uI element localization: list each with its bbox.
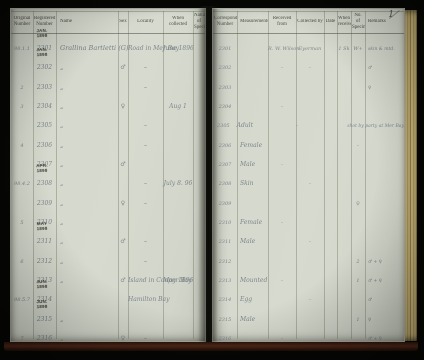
- cell-measurements: [237, 246, 268, 250]
- header-when-received: When received: [337, 16, 351, 28]
- specimen-name: „: [60, 237, 63, 245]
- cell-date: [324, 33, 337, 37]
- cell-when-received: [337, 52, 351, 56]
- ledger-page-left: Original Number Registered Number Name S…: [10, 8, 206, 342]
- cell-measurements: [237, 52, 268, 56]
- cell-received-from: [268, 188, 296, 192]
- specimen-name: „: [60, 276, 63, 284]
- cell-name: [56, 284, 118, 288]
- ledger-row: 2315 Male 1 ♀: [213, 304, 404, 323]
- cell-date: [309, 110, 320, 114]
- cell-date: [324, 265, 337, 269]
- cell-received-from: [268, 168, 296, 172]
- book-cover-edge: [4, 342, 418, 351]
- cell-sex: [118, 33, 128, 37]
- original-number: 5: [20, 220, 23, 226]
- original-number: 3: [20, 104, 23, 110]
- cell-when-received: [337, 188, 351, 192]
- ledger-row: 2313 Mounted – 1 ♂ + ♀: [213, 265, 404, 284]
- collected-by: –: [309, 297, 312, 303]
- cell-date: [324, 149, 337, 153]
- cell-received-from: [268, 226, 296, 230]
- specimen-name: „: [60, 179, 63, 187]
- received-from: R. W. Wilson: [268, 46, 299, 52]
- cell-sex: [118, 246, 128, 250]
- remarks: ♂ + ♀: [368, 260, 382, 265]
- cell-when-collected: [163, 284, 193, 288]
- cell-date: [324, 226, 337, 230]
- registered-number: 2303: [37, 84, 52, 91]
- original-number: 6: [20, 259, 23, 265]
- collected-by: –: [309, 239, 312, 245]
- cell-original-number: [11, 304, 33, 308]
- measurements: Mounted: [240, 277, 267, 284]
- cell-when-received: [337, 323, 351, 327]
- cell-when-collected: [163, 226, 193, 230]
- header-no-of-specimens: No. of Specimens: [351, 13, 365, 30]
- cell-no-of-specimens: [351, 323, 365, 327]
- cell-measurements: [237, 91, 268, 95]
- registered-number: 2305: [37, 122, 52, 129]
- cell-remarks: [365, 168, 404, 172]
- corresponding-number: 2307: [219, 162, 232, 168]
- specimen-name: „: [60, 315, 63, 323]
- cell-when-collected: [163, 207, 193, 211]
- cell-when-collected: [163, 110, 193, 114]
- sex-mark: ♂: [120, 161, 125, 168]
- ledger-row: JUN. 1898 2315 „: [11, 304, 205, 323]
- specimen-name: „: [60, 63, 63, 71]
- cell-sex: [118, 304, 128, 308]
- specimen-name: „: [60, 257, 63, 265]
- cell-when-received: [337, 207, 351, 211]
- when-collected: July 8. 96: [164, 180, 193, 187]
- no-of-specimens: –: [357, 143, 360, 149]
- locality: –: [144, 238, 147, 245]
- received-from: –: [281, 278, 284, 284]
- cell-when-collected: [163, 246, 193, 250]
- cell-sex: [118, 168, 128, 172]
- cell-received-from: [268, 304, 296, 308]
- ledger-row: 2303 ♀: [213, 72, 404, 91]
- remarks: ♂: [368, 298, 372, 303]
- cell-received-from: [261, 110, 285, 114]
- cell-remarks: [365, 226, 404, 230]
- cell-date: [324, 304, 337, 308]
- original-number: 98.1.1: [14, 46, 30, 52]
- specimen-name: „: [60, 83, 63, 91]
- specimen-name: „: [60, 102, 63, 110]
- ledger-scan: Original Number Registered Number Name S…: [0, 0, 424, 360]
- ledger-row: 2304 –: [213, 91, 404, 110]
- date-stamp: APR. 1898: [34, 164, 50, 174]
- remarks: ♂ + ♀: [368, 279, 382, 284]
- registered-number: 2309: [37, 200, 52, 207]
- sex-mark: ♂: [120, 238, 125, 245]
- date-stamp: JAN. 1898: [34, 48, 50, 58]
- ledger-row: 6 2312 „ –: [11, 246, 205, 265]
- received-from: –: [281, 65, 284, 71]
- corresponding-number: 2311: [219, 239, 232, 245]
- cell-when-collected: [163, 323, 193, 327]
- cell-sex: [118, 110, 128, 114]
- no-of-specimens: W+: [353, 46, 362, 52]
- cell-sex: [118, 130, 128, 134]
- header-original-number: Original Number: [11, 16, 33, 28]
- corresponding-number: 2314: [219, 297, 232, 303]
- cell-date: [324, 284, 337, 288]
- measurements: Egg: [240, 296, 252, 303]
- cell-sex: [118, 72, 128, 76]
- page-stack-edge: [405, 10, 417, 341]
- collected-by: –: [296, 123, 299, 129]
- registered-number: 2304: [37, 103, 52, 110]
- ledger-row: 2312 2 ♂ + ♀: [213, 246, 404, 265]
- book-gutter-shadow: [198, 6, 218, 344]
- cell-when-collected: [163, 188, 193, 192]
- registered-number: 2311: [37, 238, 52, 245]
- original-number: 98.5.7: [14, 297, 30, 303]
- corresponding-number: 2305: [217, 123, 230, 129]
- cell-date: [324, 246, 337, 250]
- header-sex: Sex: [118, 19, 128, 25]
- cell-no-of-specimens: [332, 110, 344, 114]
- corresponding-number: 2315: [219, 317, 232, 323]
- ledger-row: 2307 Male –: [213, 149, 404, 168]
- cell-when-received: [337, 72, 351, 76]
- specimen-name: Grallina Bartletti (G): [60, 44, 128, 52]
- header-collected-by: Collected by: [296, 19, 324, 25]
- cell-no-of-specimens: [351, 91, 365, 95]
- ledger-row: JAN. 1898 2302 „ ♂ –: [11, 52, 205, 71]
- cell-received-from: [268, 130, 296, 134]
- cell-collected-by: [296, 265, 324, 269]
- cell-remarks: [365, 91, 404, 95]
- ledger-row: 2309 ♀: [213, 188, 404, 207]
- cell-when-collected: [163, 304, 193, 308]
- cell-remarks: [365, 130, 404, 134]
- no-of-specimens: 2: [356, 259, 359, 265]
- cell-date: [324, 323, 337, 327]
- cell-date: [324, 168, 337, 172]
- locality: –: [144, 84, 147, 91]
- sex-mark: ♀: [121, 103, 125, 110]
- cell-original-number: [11, 149, 33, 153]
- measurements: Male: [240, 316, 255, 323]
- ledger-row: 3 2304 „ ♀ Aug 1: [11, 91, 205, 110]
- cell-no-of-specimens: [351, 149, 365, 153]
- cell-collected-by: [296, 207, 324, 211]
- cell-original-number: [11, 52, 33, 56]
- cell-date: [324, 72, 337, 76]
- ledger-row: 2310 Female –: [213, 207, 404, 226]
- cell-when-received: [337, 246, 351, 250]
- cell-measurements: [237, 323, 268, 327]
- ledger-row: 2306 Female –: [213, 130, 404, 149]
- cell-date: [324, 91, 337, 95]
- cell-when-received: [337, 265, 351, 269]
- locality: –: [144, 142, 147, 149]
- date-stamp: JAN. 1898: [34, 29, 50, 39]
- ledger-row: 2308 Skin –: [213, 168, 404, 187]
- cell-when-received: [337, 91, 351, 95]
- cell-locality: [128, 149, 163, 153]
- locality: –: [144, 122, 147, 129]
- cell-no-of-specimens: [351, 284, 365, 288]
- registered-number: 2308: [37, 180, 52, 187]
- date-stamp: JUN. 1898: [34, 280, 50, 290]
- registered-number: 2315: [37, 316, 52, 323]
- cell-locality: [128, 91, 163, 95]
- no-of-specimens: 1: [356, 278, 359, 284]
- original-number: 4: [20, 143, 23, 149]
- ledger-row: 7 2316 „ ♀ –: [11, 323, 205, 342]
- cell-collected-by: [296, 91, 324, 95]
- header-registered-number: Registered Number: [33, 16, 56, 28]
- measurements: Skin: [240, 180, 254, 187]
- corresponding-number: 2306: [219, 143, 232, 149]
- corresponding-number: 2302: [219, 65, 232, 71]
- cell-when-received: [320, 110, 332, 114]
- corresponding-number: 2308: [219, 181, 232, 187]
- ledger-row: 2301 R. W. Wilson Eyerman 1 Sk W+ skin &…: [213, 33, 404, 52]
- measurements: Female: [240, 142, 262, 149]
- cell-when-collected: [163, 149, 193, 153]
- ledger-page-right: 1 Corresponding Number Measurements Rece…: [212, 8, 405, 342]
- cell-when-collected: [163, 72, 193, 76]
- locality: –: [144, 200, 147, 207]
- registered-number: 2302: [37, 64, 52, 71]
- header-measurements: Measurements: [237, 19, 268, 25]
- ledger-row: 98.4.2 APR. 1898 2308 „ – July 8. 96: [11, 168, 205, 187]
- remarks: ♀: [368, 86, 371, 91]
- remarks: ♂: [368, 66, 372, 71]
- cell-no-of-specimens: [351, 52, 365, 56]
- ledger-row: 2 2303 „ –: [11, 72, 205, 91]
- corresponding-number: 2301: [219, 46, 232, 52]
- column-headers-right: Corresponding Number Measurements Receiv…: [213, 11, 404, 34]
- cell-remarks: [365, 207, 404, 211]
- rows-right: 2301 R. W. Wilson Eyerman 1 Sk W+ skin &…: [213, 33, 404, 341]
- cell-original-number: [11, 226, 33, 230]
- collected-by: –: [309, 65, 312, 71]
- header-date: Date: [324, 19, 337, 25]
- ledger-row: 2302 – – ♂: [213, 52, 404, 71]
- measurements: Adult: [237, 122, 253, 129]
- cell-received-from: [268, 246, 296, 250]
- ledger-row: 2311 Male –: [213, 226, 404, 245]
- cell-date: [324, 52, 337, 56]
- collected-by: Eyerman: [299, 46, 322, 52]
- cell-collected-by: [296, 246, 324, 250]
- registered-number: 2306: [37, 142, 52, 149]
- cell-collected-by: [296, 130, 324, 134]
- when-received: 1 Sk: [338, 46, 349, 52]
- header-when-collected: When collected: [163, 16, 193, 28]
- ledger-row: 2316 – ♂ + ♀: [213, 323, 404, 342]
- rows-left: 98.1.1 JAN. 1898 2301 Grallina Bartletti…: [11, 33, 205, 341]
- header-locality: Locality: [128, 19, 163, 25]
- cell-when-collected: [163, 52, 193, 56]
- cell-locality: [128, 207, 163, 211]
- cell-remarks: [365, 188, 404, 192]
- corresponding-number: 2313: [219, 278, 232, 284]
- original-number: 2: [20, 85, 23, 91]
- locality: –: [144, 258, 147, 265]
- cell-original-number: [11, 265, 33, 269]
- cell-remarks: [365, 149, 404, 153]
- cell-when-received: [337, 168, 351, 172]
- sex-mark: ♂: [120, 64, 125, 71]
- cell-when-received: [337, 284, 351, 288]
- cell-collected-by: [296, 304, 324, 308]
- registered-number: 2312: [37, 258, 52, 265]
- cell-date: [324, 207, 337, 211]
- sex-mark: ♂: [120, 277, 125, 284]
- corresponding-number: 2312: [219, 259, 232, 265]
- cell-collected-by: [296, 188, 324, 192]
- corresponding-number: 2303: [219, 85, 232, 91]
- specimen-name: „: [60, 199, 63, 207]
- cell-collected-by: [296, 72, 324, 76]
- ledger-row: 2305 Adult – shot by party at Mer Bay: [213, 110, 404, 129]
- cell-when-received: [337, 304, 351, 308]
- corresponding-number: 2310: [219, 220, 232, 226]
- remarks: ♀: [368, 318, 371, 323]
- measurements: Female: [240, 219, 262, 226]
- locality: –: [144, 180, 147, 187]
- no-of-specimens: ♀: [356, 201, 360, 207]
- remarks: skin & mtd.: [368, 47, 395, 52]
- ledger-row: 4 2306 „ –: [11, 130, 205, 149]
- cell-original-number: [11, 110, 33, 114]
- when-collected: Aug 1: [169, 103, 187, 110]
- no-of-specimens: 1: [356, 317, 359, 323]
- corresponding-number: 2304: [219, 104, 232, 110]
- cell-when-received: [337, 149, 351, 153]
- when-collected: June 1896: [163, 45, 194, 52]
- cell-received-from: [268, 72, 296, 76]
- received-from: –: [281, 104, 284, 110]
- ledger-row: MAY 1898 2311 „ ♂ –: [11, 226, 205, 245]
- cell-measurements: [237, 188, 268, 192]
- sex-mark: ♀: [121, 200, 125, 207]
- cell-original-number: [11, 188, 33, 192]
- measurements: Male: [240, 161, 255, 168]
- measurements: Male: [240, 238, 255, 245]
- specimen-name: „: [60, 334, 63, 342]
- locality: –: [144, 64, 147, 71]
- specimen-name: „: [60, 141, 63, 149]
- cell-collected-by: [296, 323, 324, 327]
- cell-collected-by: [296, 149, 324, 153]
- header-received-from: Received from: [268, 16, 296, 28]
- corresponding-number: 2309: [219, 201, 232, 207]
- specimen-name: „: [60, 218, 63, 226]
- cell-when-received: [337, 226, 351, 230]
- remarks: shot by party at Mer Bay: [347, 124, 404, 129]
- cell-sex: [118, 284, 128, 288]
- cell-received-from: [268, 284, 296, 288]
- header-name: Name: [56, 19, 118, 25]
- cell-when-collected: [163, 130, 193, 134]
- ledger-row: 2305 „ –: [11, 110, 205, 129]
- date-stamp: MAY 1898: [34, 222, 50, 232]
- ledger-row: 2309 „ ♀ –: [11, 188, 205, 207]
- received-from: –: [281, 162, 284, 168]
- cell-no-of-specimens: [351, 168, 365, 172]
- cell-no-of-specimens: [351, 207, 365, 211]
- cell-no-of-specimens: [351, 72, 365, 76]
- when-collected: May 1896: [163, 277, 193, 284]
- original-number: 98.4.2: [14, 181, 30, 187]
- collected-by: –: [309, 181, 312, 187]
- cell-locality: [128, 304, 163, 308]
- cell-sex: [118, 207, 128, 211]
- specimen-name: „: [60, 160, 63, 168]
- cell-when-received: [337, 130, 351, 134]
- cell-measurements: [237, 33, 268, 37]
- locality: Hamilton Bay: [128, 296, 170, 303]
- header-remarks: Remarks: [365, 19, 404, 25]
- received-from: –: [281, 220, 284, 226]
- ledger-row: 2314 Egg – ♂: [213, 284, 404, 303]
- specimen-name: „: [60, 121, 63, 129]
- cell-measurements: [237, 72, 268, 76]
- cell-date: [324, 130, 337, 134]
- date-stamp: JUN. 1898: [34, 300, 50, 310]
- cell-date: [324, 188, 337, 192]
- cell-no-of-specimens: [351, 226, 365, 230]
